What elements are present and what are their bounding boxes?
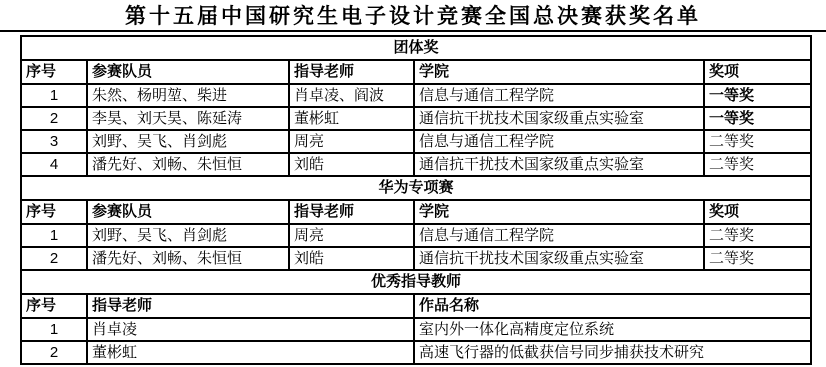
- column-header-members: 参赛队员: [87, 60, 289, 84]
- cell-members: 朱然、杨明堃、柴进: [87, 84, 289, 107]
- table-row: 1 朱然、杨明堃、柴进 肖卓凌、阎波 信息与通信工程学院 一等奖: [21, 84, 811, 107]
- cell-award: 二等奖: [704, 247, 811, 270]
- cell-no: 1: [21, 84, 87, 107]
- column-header-teacher: 指导老师: [87, 294, 414, 318]
- column-header-award: 奖项: [704, 60, 811, 84]
- table-row: 2 潘先好、刘畅、朱恒恒 刘皓 通信抗干扰技术国家级重点实验室 二等奖: [21, 247, 811, 270]
- column-header-members: 参赛队员: [87, 200, 289, 224]
- column-header-row: 序号 指导老师 作品名称: [21, 294, 811, 318]
- cell-teacher: 刘皓: [289, 247, 414, 270]
- column-header-teacher: 指导老师: [289, 60, 414, 84]
- cell-no: 1: [21, 224, 87, 247]
- title-divider: [0, 30, 826, 32]
- cell-no: 2: [21, 247, 87, 270]
- cell-award: 一等奖: [704, 84, 811, 107]
- section-title-row: 优秀指导教师: [21, 270, 811, 294]
- table-row: 1 肖卓凌 室内外一体化高精度定位系统: [21, 318, 811, 341]
- section-title-row: 团体奖: [21, 36, 811, 60]
- cell-teacher: 刘皓: [289, 153, 414, 176]
- cell-teacher: 周亮: [289, 224, 414, 247]
- cell-award: 二等奖: [704, 224, 811, 247]
- cell-college: 信息与通信工程学院: [414, 224, 704, 247]
- cell-members: 李昊、刘天昊、陈延涛: [87, 107, 289, 130]
- cell-college: 信息与通信工程学院: [414, 84, 704, 107]
- column-header-row: 序号 参赛队员 指导老师 学院 奖项: [21, 200, 811, 224]
- section-title: 优秀指导教师: [21, 270, 811, 294]
- column-header-row: 序号 参赛队员 指导老师 学院 奖项: [21, 60, 811, 84]
- cell-college: 信息与通信工程学院: [414, 130, 704, 153]
- table-row: 3 刘野、吴飞、肖剑彪 周亮 信息与通信工程学院 二等奖: [21, 130, 811, 153]
- cell-no: 2: [21, 341, 87, 364]
- cell-members: 潘先好、刘畅、朱恒恒: [87, 247, 289, 270]
- cell-no: 2: [21, 107, 87, 130]
- cell-award: 一等奖: [704, 107, 811, 130]
- cell-teacher: 董彬虹: [289, 107, 414, 130]
- column-header-college: 学院: [414, 200, 704, 224]
- section-title: 团体奖: [21, 36, 811, 60]
- section-title-row: 华为专项赛: [21, 176, 811, 200]
- column-header-no: 序号: [21, 200, 87, 224]
- section-title: 华为专项赛: [21, 176, 811, 200]
- cell-members: 潘先好、刘畅、朱恒恒: [87, 153, 289, 176]
- awards-table: 团体奖 序号 参赛队员 指导老师 学院 奖项 1 朱然、杨明堃、柴进 肖卓凌、阎…: [20, 35, 812, 365]
- cell-members: 刘野、吴飞、肖剑彪: [87, 130, 289, 153]
- cell-work: 高速飞行器的低截获信号同步捕获技术研究: [414, 341, 811, 364]
- cell-no: 3: [21, 130, 87, 153]
- cell-teacher: 董彬虹: [87, 341, 414, 364]
- cell-no: 4: [21, 153, 87, 176]
- cell-members: 刘野、吴飞、肖剑彪: [87, 224, 289, 247]
- cell-college: 通信抗干扰技术国家级重点实验室: [414, 247, 704, 270]
- cell-teacher: 肖卓凌: [87, 318, 414, 341]
- table-row: 2 李昊、刘天昊、陈延涛 董彬虹 通信抗干扰技术国家级重点实验室 一等奖: [21, 107, 811, 130]
- column-header-no: 序号: [21, 294, 87, 318]
- page-title: 第十五届中国研究生电子设计竞赛全国总决赛获奖名单: [0, 0, 826, 29]
- cell-teacher: 周亮: [289, 130, 414, 153]
- column-header-award: 奖项: [704, 200, 811, 224]
- cell-no: 1: [21, 318, 87, 341]
- cell-work: 室内外一体化高精度定位系统: [414, 318, 811, 341]
- column-header-work: 作品名称: [414, 294, 811, 318]
- column-header-no: 序号: [21, 60, 87, 84]
- column-header-teacher: 指导老师: [289, 200, 414, 224]
- table-row: 1 刘野、吴飞、肖剑彪 周亮 信息与通信工程学院 二等奖: [21, 224, 811, 247]
- cell-award: 二等奖: [704, 153, 811, 176]
- cell-award: 二等奖: [704, 130, 811, 153]
- cell-college: 通信抗干扰技术国家级重点实验室: [414, 107, 704, 130]
- cell-college: 通信抗干扰技术国家级重点实验室: [414, 153, 704, 176]
- table-row: 4 潘先好、刘畅、朱恒恒 刘皓 通信抗干扰技术国家级重点实验室 二等奖: [21, 153, 811, 176]
- column-header-college: 学院: [414, 60, 704, 84]
- table-row: 2 董彬虹 高速飞行器的低截获信号同步捕获技术研究: [21, 341, 811, 364]
- cell-teacher: 肖卓凌、阎波: [289, 84, 414, 107]
